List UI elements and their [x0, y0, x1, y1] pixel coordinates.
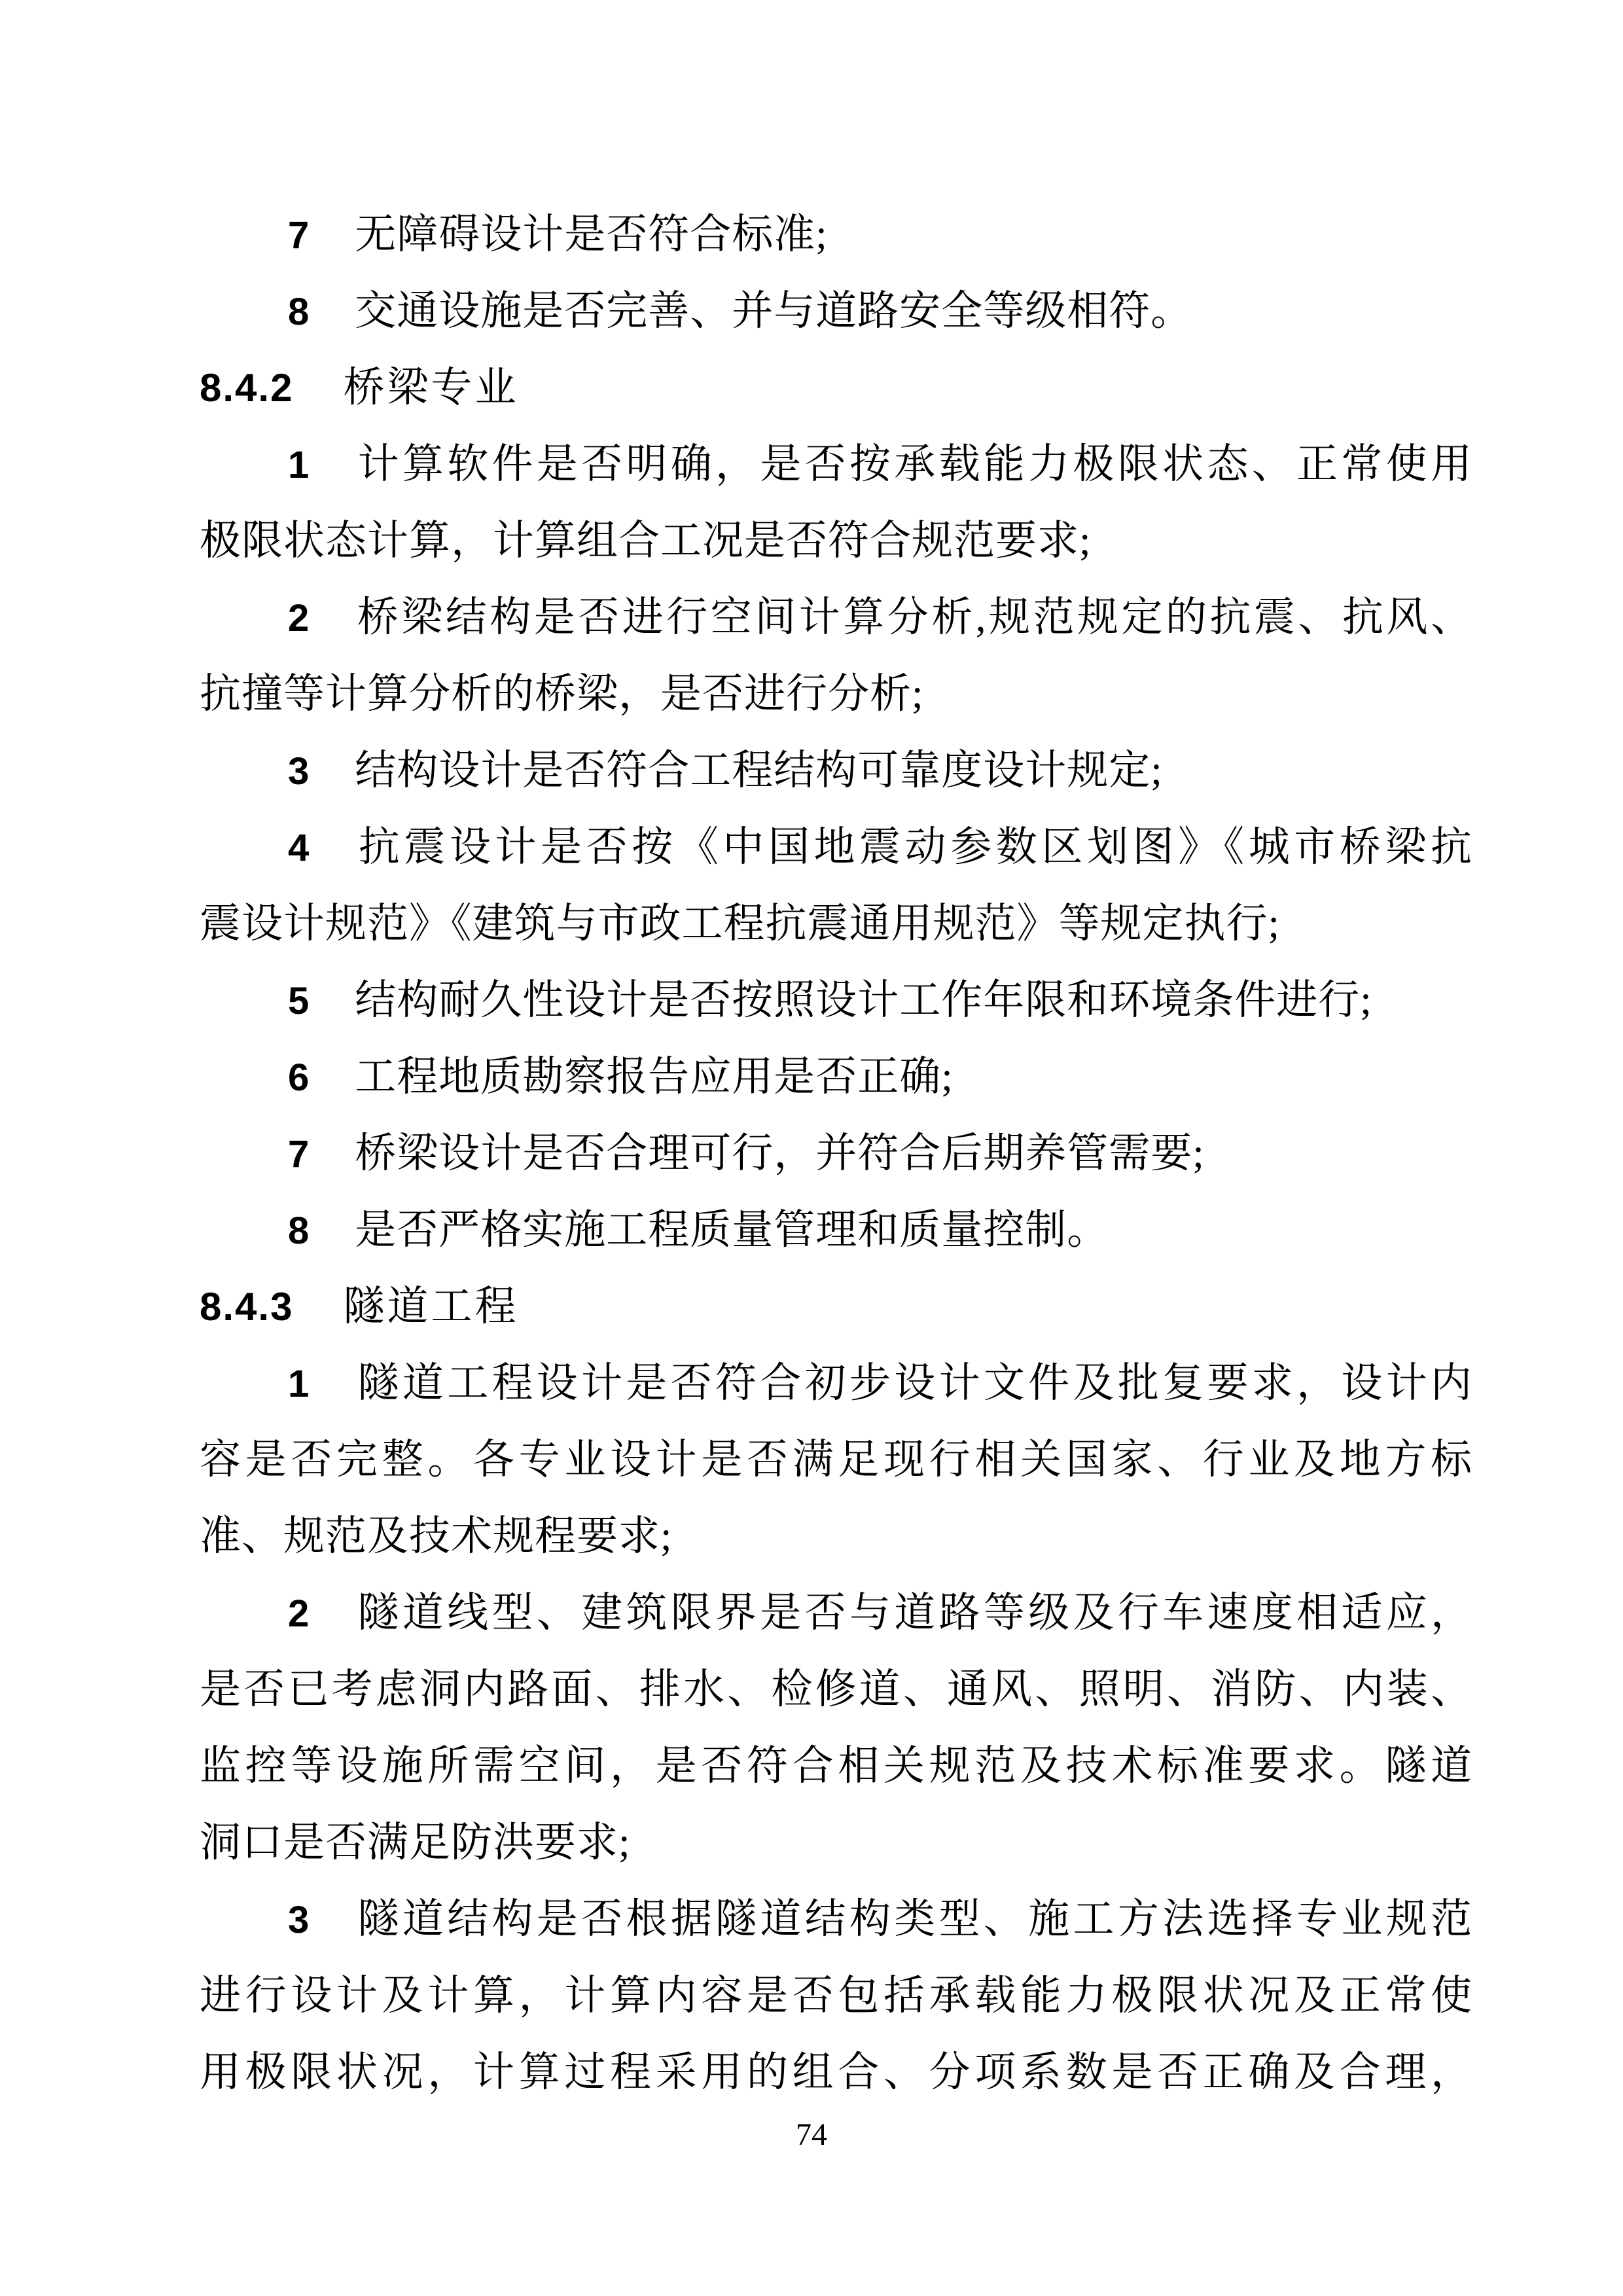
list-item-line: 8交通设施是否完善、并与道路安全等级相符。	[200, 273, 1472, 350]
continuation-line: 用极限状况，计算过程采用的组合、分项系数是否正确及合理，	[200, 2034, 1472, 2111]
continuation-line: 抗撞等计算分析的桥梁，是否进行分析;	[200, 656, 1472, 732]
line-text: 结构设计是否符合工程结构可靠度设计规定;	[355, 747, 1163, 793]
line-text: 无障碍设计是否符合标准;	[355, 211, 828, 257]
line-text: 桥梁结构是否进行空间计算分析,规范规定的抗震、抗风、	[355, 594, 1472, 640]
section-heading: 8.4.2桥梁专业	[200, 350, 1472, 426]
page-number: 74	[0, 2115, 1623, 2155]
section-title: 桥梁专业	[343, 365, 518, 410]
continuation-line: 容是否完整。各专业设计是否满足现行相关国家、行业及地方标	[200, 1422, 1472, 1498]
line-text: 是否已考虑洞内路面、排水、检修道、通风、照明、消防、内装、	[200, 1666, 1472, 1712]
continuation-line: 洞口是否满足防洪要求;	[200, 1804, 1472, 1881]
list-item-line: 8是否严格实施工程质量管理和质量控制。	[200, 1192, 1472, 1268]
line-text: 用极限状况，计算过程采用的组合、分项系数是否正确及合理，	[200, 2049, 1472, 2095]
list-item-line: 5结构耐久性设计是否按照设计工作年限和环境条件进行;	[200, 962, 1472, 1039]
line-text: 结构耐久性设计是否按照设计工作年限和环境条件进行;	[355, 977, 1372, 1023]
continuation-line: 监控等设施所需空间，是否符合相关规范及技术标准要求。隧道	[200, 1728, 1472, 1804]
section-number: 8.4.3	[200, 1285, 293, 1329]
item-number: 7	[288, 214, 310, 257]
list-item-line: 4抗震设计是否按《中国地震动参数区划图》《城市桥梁抗	[200, 809, 1472, 886]
item-number: 2	[288, 1592, 310, 1635]
line-text: 洞口是否满足防洪要求;	[200, 1820, 631, 1865]
line-text: 计算软件是否明确，是否按承载能力极限状态、正常使用	[355, 441, 1472, 487]
item-number: 4	[288, 827, 310, 869]
continuation-line: 进行设计及计算，计算内容是否包括承载能力极限状况及正常使	[200, 1958, 1472, 2034]
item-number: 1	[288, 444, 310, 486]
line-text: 桥梁设计是否合理可行，并符合后期养管需要;	[355, 1130, 1205, 1176]
document-page: 7无障碍设计是否符合标准; 8交通设施是否完善、并与道路安全等级相符。 8.4.…	[0, 0, 1623, 2296]
line-text: 隧道结构是否根据隧道结构类型、施工方法选择专业规范	[355, 1896, 1472, 1942]
list-item-line: 1隧道工程设计是否符合初步设计文件及批复要求，设计内	[200, 1345, 1472, 1422]
list-item-line: 3结构设计是否符合工程结构可靠度设计规定;	[200, 732, 1472, 809]
line-text: 极限状态计算，计算组合工况是否符合规范要求;	[200, 518, 1092, 564]
item-number: 8	[288, 1210, 310, 1252]
list-item-line: 7无障碍设计是否符合标准;	[200, 196, 1472, 273]
line-text: 震设计规范》《建筑与市政工程抗震通用规范》等规定执行;	[200, 901, 1280, 946]
section-heading: 8.4.3隧道工程	[200, 1268, 1472, 1345]
line-text: 抗撞等计算分析的桥梁，是否进行分析;	[200, 671, 924, 717]
item-number: 5	[288, 980, 310, 1022]
continuation-line: 准、规范及技术规程要求;	[200, 1498, 1472, 1575]
item-number: 8	[288, 291, 310, 333]
line-text: 容是否完整。各专业设计是否满足现行相关国家、行业及地方标	[200, 1437, 1472, 1482]
list-item-line: 6工程地质勘察报告应用是否正确;	[200, 1039, 1472, 1115]
section-number: 8.4.2	[200, 366, 293, 410]
line-text: 交通设施是否完善、并与道路安全等级相符。	[355, 288, 1192, 334]
item-number: 7	[288, 1133, 310, 1175]
continuation-line: 是否已考虑洞内路面、排水、检修道、通风、照明、消防、内装、	[200, 1651, 1472, 1728]
list-item-line: 1计算软件是否明确，是否按承载能力极限状态、正常使用	[200, 426, 1472, 503]
list-item-line: 3隧道结构是否根据隧道结构类型、施工方法选择专业规范	[200, 1881, 1472, 1958]
item-number: 1	[288, 1363, 310, 1405]
line-text: 抗震设计是否按《中国地震动参数区划图》《城市桥梁抗	[355, 824, 1472, 870]
line-text: 监控等设施所需空间，是否符合相关规范及技术标准要求。隧道	[200, 1743, 1472, 1789]
item-number: 6	[288, 1056, 310, 1099]
list-item-line: 2桥梁结构是否进行空间计算分析,规范规定的抗震、抗风、	[200, 579, 1472, 656]
line-text: 准、规范及技术规程要求;	[200, 1513, 673, 1559]
line-text: 工程地质勘察报告应用是否正确;	[355, 1054, 954, 1100]
item-number: 2	[288, 597, 310, 639]
item-number: 3	[288, 750, 310, 793]
list-item-line: 7桥梁设计是否合理可行，并符合后期养管需要;	[200, 1115, 1472, 1192]
line-text: 隧道工程设计是否符合初步设计文件及批复要求，设计内	[355, 1360, 1472, 1406]
list-item-line: 2隧道线型、建筑限界是否与道路等级及行车速度相适应，	[200, 1575, 1472, 1651]
section-title: 隧道工程	[343, 1283, 518, 1329]
continuation-line: 震设计规范》《建筑与市政工程抗震通用规范》等规定执行;	[200, 886, 1472, 962]
continuation-line: 极限状态计算，计算组合工况是否符合规范要求;	[200, 503, 1472, 579]
item-number: 3	[288, 1899, 310, 1941]
line-text: 隧道线型、建筑限界是否与道路等级及行车速度相适应，	[355, 1590, 1472, 1636]
line-text: 进行设计及计算，计算内容是否包括承载能力极限状况及正常使	[200, 1973, 1472, 2018]
line-text: 是否严格实施工程质量管理和质量控制。	[355, 1207, 1109, 1253]
document-text-block: 7无障碍设计是否符合标准; 8交通设施是否完善、并与道路安全等级相符。 8.4.…	[200, 196, 1472, 2111]
